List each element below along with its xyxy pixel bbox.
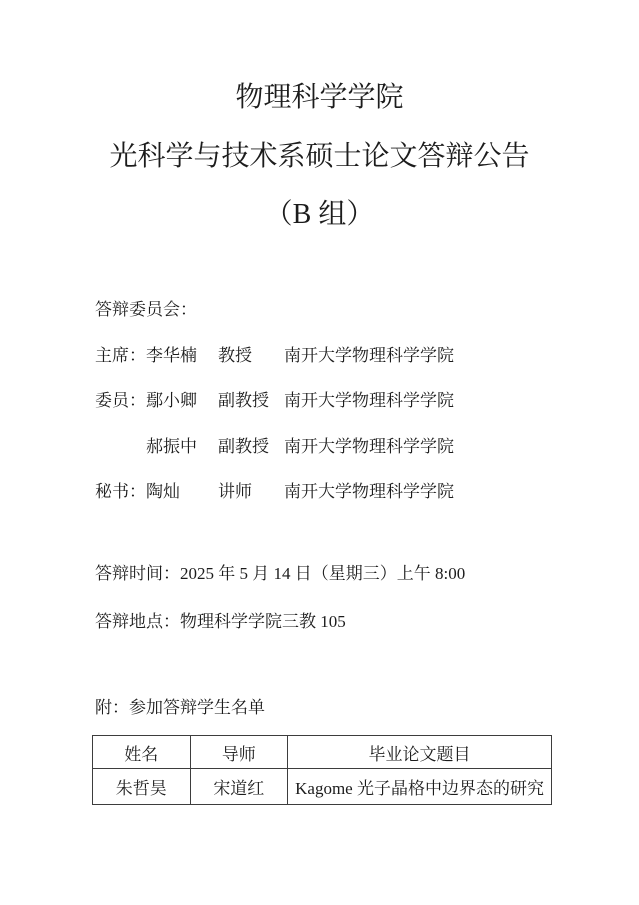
committee-member-affiliation: 南开大学物理科学学院 [284,436,454,458]
column-header-thesis-title: 毕业论文题目 [288,736,552,769]
students-table-header-row: 姓名 导师 毕业论文题目 [93,736,552,769]
committee-heading: 答辩委员会： [95,299,197,321]
committee-member-title: 副教授 [218,436,284,458]
column-header-name: 姓名 [93,736,191,769]
page-title-school: 物理科学学院 [0,80,639,116]
committee-member-name: 郝振中 [146,436,218,458]
committee-role-label: 委员： [95,390,146,412]
committee-row-secretary: 秘书： 陶灿 讲师 南开大学物理科学学院 [95,481,454,503]
defense-time-label: 答辩时间： [95,564,180,583]
committee-role-label: 秘书： [95,481,146,503]
defense-time-value: 2025 年 5 月 14 日（星期三）上午 8:00 [180,564,465,583]
committee-row-chair: 主席： 李华楠 教授 南开大学物理科学学院 [95,345,454,367]
defense-place-value: 物理科学学院三教 105 [180,612,346,631]
document-page: 物理科学学院 光科学与技术系硕士论文答辩公告 （B 组） 答辩委员会： 主席： … [0,0,639,905]
thesis-title-cell: Kagome 光子晶格中边界态的研究 [288,769,552,805]
committee-role-label: 主席： [95,345,146,367]
defense-place-label: 答辩地点： [95,612,180,631]
students-table: 姓名 导师 毕业论文题目 朱哲昊 宋道红 Kagome 光子晶格中边界态的研究 [92,735,552,805]
committee-role-label [95,436,146,458]
page-title-announcement: 光科学与技术系硕士论文答辩公告 [0,139,639,175]
committee-member-affiliation: 南开大学物理科学学院 [284,481,454,503]
committee-row-member: 郝振中 副教授 南开大学物理科学学院 [95,436,454,458]
committee-member-affiliation: 南开大学物理科学学院 [284,345,454,367]
committee-member-name: 陶灿 [146,481,218,503]
attachment-heading: 附：参加答辩学生名单 [95,697,265,719]
student-name-cell: 朱哲昊 [93,769,191,805]
committee-member-title: 讲师 [218,481,284,503]
committee-member-title: 副教授 [218,390,284,412]
page-title-group: （B 组） [0,197,639,233]
defense-place-line: 答辩地点：物理科学学院三教 105 [95,611,346,633]
committee-row-member: 委员： 鄢小卿 副教授 南开大学物理科学学院 [95,390,454,412]
committee-member-affiliation: 南开大学物理科学学院 [284,390,454,412]
advisor-name-cell: 宋道红 [190,769,288,805]
defense-time-line: 答辩时间：2025 年 5 月 14 日（星期三）上午 8:00 [95,563,465,585]
committee-member-title: 教授 [218,345,284,367]
column-header-advisor: 导师 [190,736,288,769]
committee-member-name: 李华楠 [146,345,218,367]
table-row: 朱哲昊 宋道红 Kagome 光子晶格中边界态的研究 [93,769,552,805]
committee-member-name: 鄢小卿 [146,390,218,412]
